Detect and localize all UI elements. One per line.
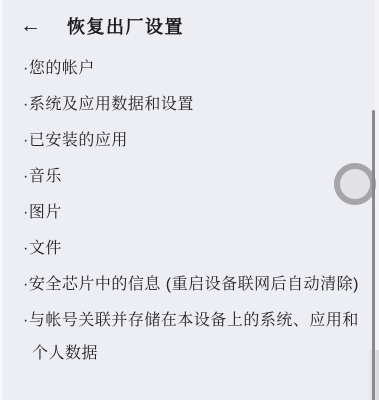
floating-ball-icon[interactable] — [334, 163, 376, 205]
list-item-text: 系统及应用数据和设置 — [29, 96, 194, 113]
list-item-text: 已安装的应用 — [29, 132, 128, 149]
list-item-text: 安全芯片中的信息 (重启设备联网后自动清除) — [29, 276, 359, 293]
back-button[interactable]: ← — [20, 15, 41, 37]
page-title: 恢复出厂设置 — [67, 13, 184, 39]
screen-edge-left — [0, 0, 4, 400]
list-item: ·已安装的应用 — [23, 124, 361, 157]
list-item-text: 图片 — [29, 204, 62, 221]
list-item-text: 文件 — [29, 240, 62, 257]
back-arrow-icon: ← — [20, 14, 41, 37]
factory-reset-screen: ← 恢复出厂设置 ·您的帐户 ·系统及应用数据和设置 ·已安装的应用 ·音乐 ·… — [0, 0, 379, 400]
list-item-text: 与帐号关联并存储在本设备上的系统、应用和个人数据 — [29, 312, 359, 362]
list-item: ·安全芯片中的信息 (重启设备联网后自动清除) — [23, 268, 361, 301]
list-item: ·您的帐户 — [23, 52, 361, 85]
list-item-text: 您的帐户 — [29, 60, 95, 77]
list-item: ·与帐号关联并存储在本设备上的系统、应用和个人数据 — [23, 304, 361, 370]
scrollbar[interactable] — [372, 110, 375, 400]
list-item: ·图片 — [23, 196, 361, 229]
list-item: ·音乐 — [23, 160, 361, 193]
screen-edge-right — [375, 0, 379, 400]
header-bar: ← 恢复出厂设置 — [0, 0, 379, 39]
list-item-text: 音乐 — [29, 168, 62, 185]
list-item: ·系统及应用数据和设置 — [23, 88, 361, 121]
reset-list: ·您的帐户 ·系统及应用数据和设置 ·已安装的应用 ·音乐 ·图片 ·文件 ·安… — [0, 52, 379, 370]
list-item: ·文件 — [23, 232, 361, 265]
